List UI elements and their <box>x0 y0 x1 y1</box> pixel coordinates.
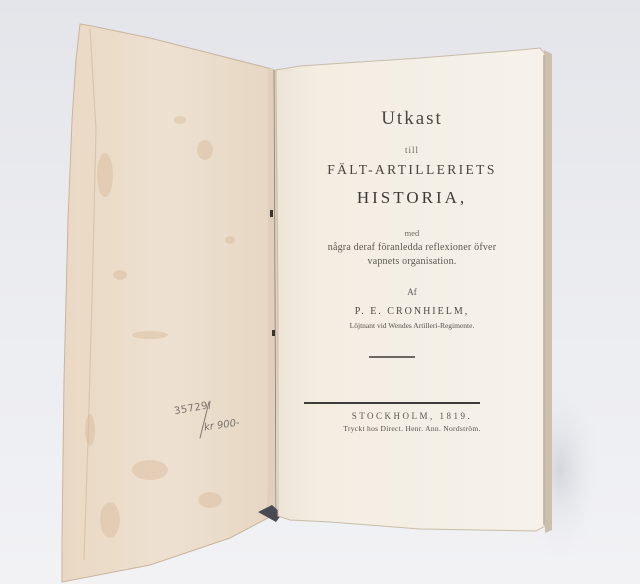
author-rank: Löjtnant vid Wendes Artilleri-Regimente. <box>282 321 542 330</box>
left-page <box>62 24 275 582</box>
handwritten-price: kr 900- <box>203 418 240 434</box>
title-historia: HISTORIA, <box>282 188 542 208</box>
by-label: Af <box>282 287 542 297</box>
imprint-city-year: STOCKHOLM, 1819. <box>282 411 542 421</box>
subtitle-med: med <box>282 228 542 238</box>
stitch-2 <box>272 330 275 336</box>
imprint-printer: Tryckt hos Direct. Henr. Ann. Nordström. <box>282 424 542 433</box>
author-name: P. E. CRONHIELM, <box>282 306 542 317</box>
stitch-1 <box>270 210 273 217</box>
subtitle-organisation: vapnets organisation. <box>282 256 542 267</box>
title-utkast: Utkast <box>282 108 542 130</box>
long-rule-divider <box>304 402 480 404</box>
short-rule-divider <box>369 356 415 358</box>
title-falt-artilleriets: FÄLT-ARTILLERIETS <box>282 162 542 178</box>
subtitle-reflexioner: några deraf föranledda reflexioner öfver <box>276 242 548 253</box>
title-till: till <box>282 145 542 155</box>
handwritten-annotation: 35729/ kr 900- <box>174 403 284 453</box>
book-photo-scene: Utkast till FÄLT-ARTILLERIETS HISTORIA, … <box>0 0 640 584</box>
